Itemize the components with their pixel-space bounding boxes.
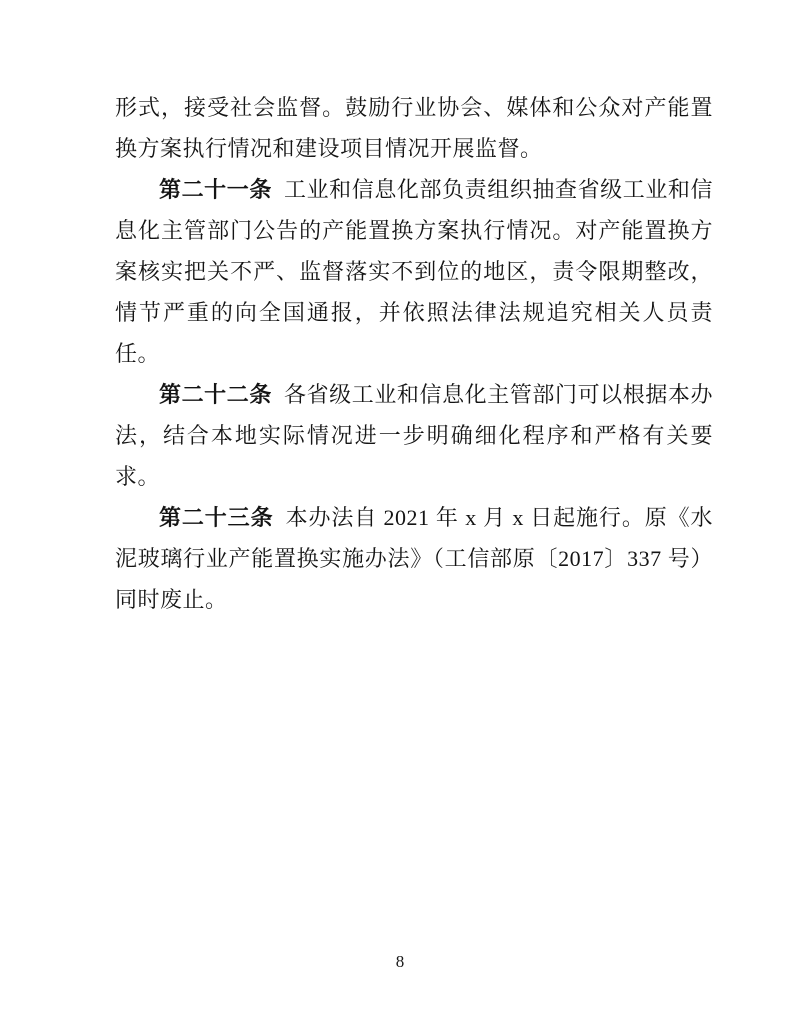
page-number: 8 xyxy=(0,951,800,973)
paragraph-text: 工业和信息化部负责组织抽查省级工业和信息化主管部门公告的产能置换方案执行情况。对… xyxy=(115,177,713,366)
article-heading: 第二十一条 xyxy=(159,177,272,202)
body-text: 形式，接受社会监督。鼓励行业协会、媒体和公众对产能置换方案执行情况和建设项目情况… xyxy=(115,87,713,620)
document-page: 形式，接受社会监督。鼓励行业协会、媒体和公众对产能置换方案执行情况和建设项目情况… xyxy=(0,0,800,1035)
paragraph-article-21: 第二十一条工业和信息化部负责组织抽查省级工业和信息化主管部门公告的产能置换方案执… xyxy=(115,169,713,374)
paragraph-article-23: 第二十三条本办法自 2021 年 x 月 x 日起施行。原《水泥玻璃行业产能置换… xyxy=(115,497,713,620)
article-heading: 第二十二条 xyxy=(159,382,272,407)
paragraph-continuation: 形式，接受社会监督。鼓励行业协会、媒体和公众对产能置换方案执行情况和建设项目情况… xyxy=(115,87,713,169)
article-heading: 第二十三条 xyxy=(159,505,273,530)
paragraph-text: 形式，接受社会监督。鼓励行业协会、媒体和公众对产能置换方案执行情况和建设项目情况… xyxy=(115,95,713,161)
paragraph-article-22: 第二十二条各省级工业和信息化主管部门可以根据本办法，结合本地实际情况进一步明确细… xyxy=(115,374,713,497)
